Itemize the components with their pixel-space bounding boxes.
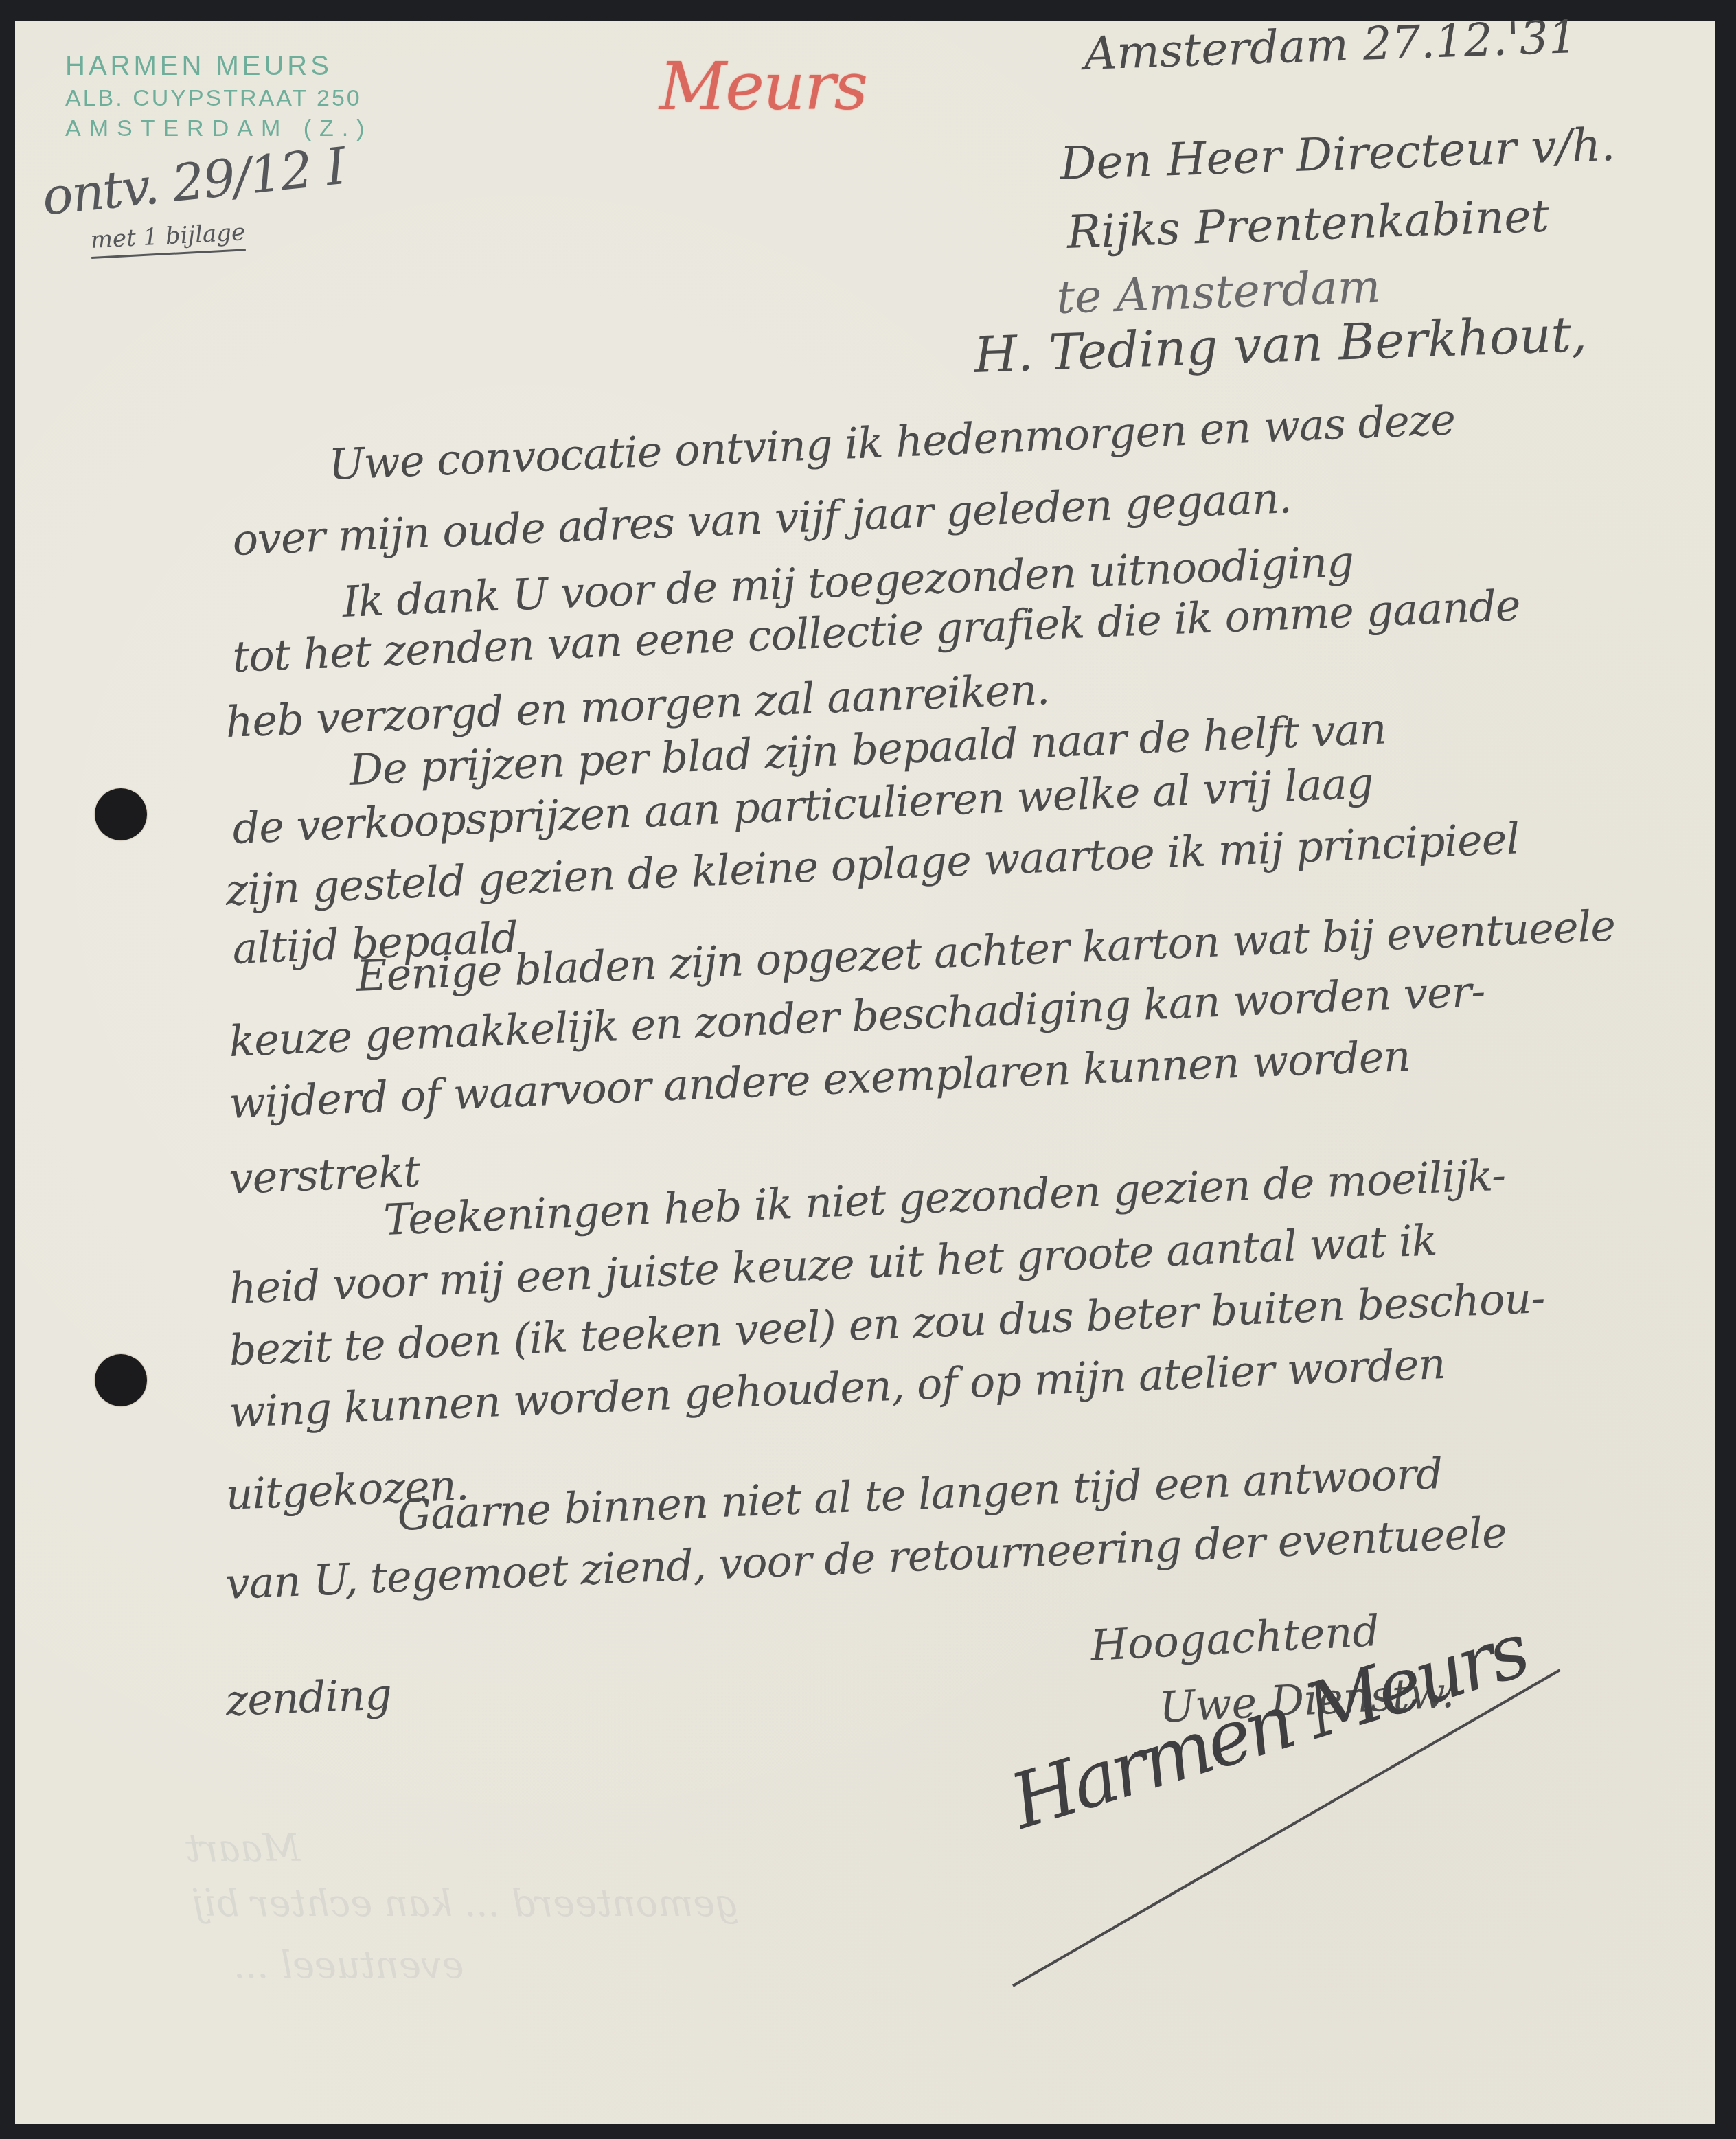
- show-through-text: eventueel ...: [233, 1943, 464, 1987]
- show-through-text: gemonteerd ... kan echter bij: [192, 1881, 739, 1925]
- red-crayon-name: Meurs: [659, 48, 867, 125]
- body-line: zending: [225, 1669, 392, 1726]
- letterhead-city: AMSTERDAM (Z.): [65, 117, 373, 140]
- show-through-text: Maart: [185, 1827, 300, 1870]
- letterhead-street: ALB. CUYPSTRAAT 250: [65, 87, 373, 110]
- punch-hole-top: [95, 788, 147, 840]
- letterhead: HARMEN MEURS ALB. CUYPSTRAAT 250 AMSTERD…: [65, 52, 373, 140]
- letterhead-name: HARMEN MEURS: [65, 52, 373, 80]
- punch-hole-bottom: [95, 1354, 147, 1406]
